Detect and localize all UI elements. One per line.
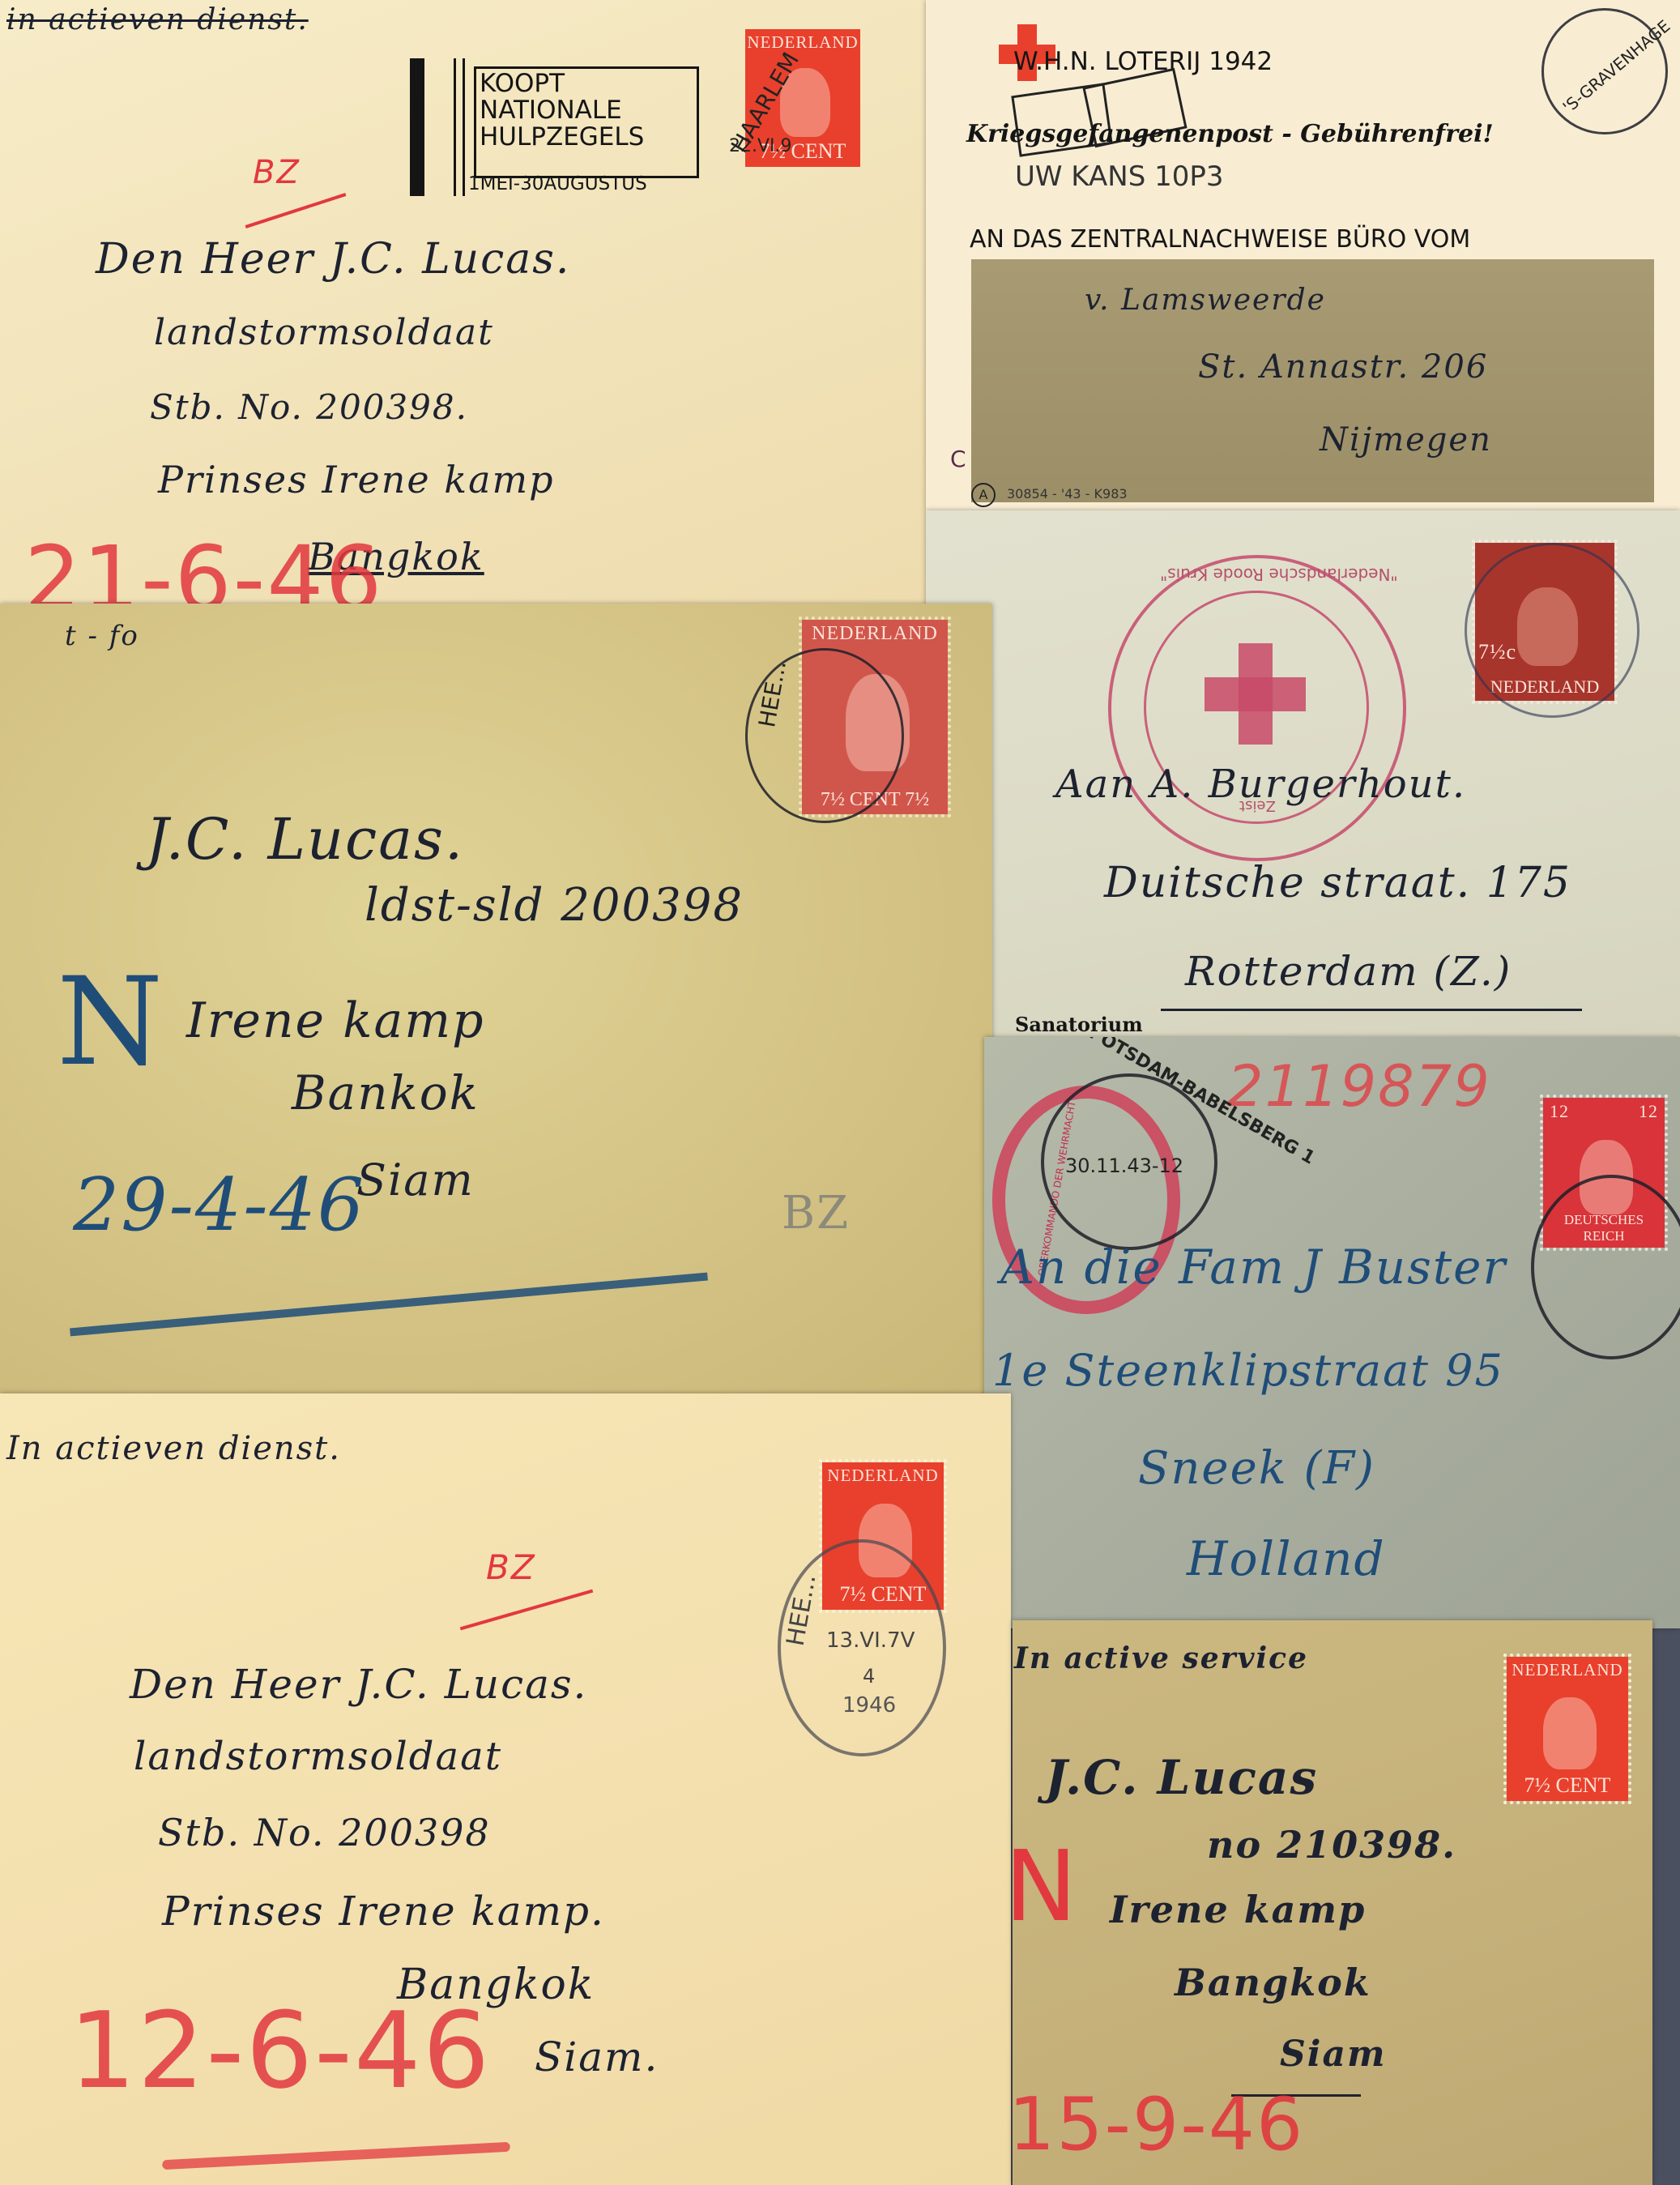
address-line-3: Irene kamp bbox=[186, 992, 485, 1049]
address-line-4: Bankok bbox=[292, 1065, 480, 1120]
red-n-mark: N bbox=[1013, 1831, 1079, 1944]
postmark-date: 13.VI.7V bbox=[826, 1628, 915, 1653]
cancel-pole bbox=[454, 58, 465, 196]
address-line-1: v. Lamsweerde bbox=[1085, 284, 1326, 317]
slogan-cancel-dates: 1MEI-30AUGUSTUS bbox=[468, 173, 647, 194]
address-underline bbox=[1161, 1009, 1582, 1011]
postmark-year: 1946 bbox=[842, 1693, 896, 1718]
stamp-value-right: 12 bbox=[1639, 1101, 1658, 1122]
address-line-2: no 210398. bbox=[1207, 1823, 1456, 1867]
pencil-bz: BZ bbox=[782, 1187, 850, 1240]
queen-portrait-icon bbox=[1543, 1697, 1597, 1769]
address-line-3: Stb. No. 200398. bbox=[150, 387, 468, 427]
censor-number: 2119879 bbox=[1227, 1053, 1491, 1120]
address-line-1: An die Fam J Buster bbox=[1000, 1240, 1507, 1295]
date-underline bbox=[162, 2142, 510, 2170]
bz-underline bbox=[245, 193, 347, 228]
address-line-1: Aan A. Burgerhout. bbox=[1055, 762, 1466, 807]
envelope-bottom-left: In actieven dienst. NEDERLAND 7½ CENT HE… bbox=[0, 1393, 1011, 2185]
bz-mark: BZ bbox=[253, 154, 301, 191]
address-line-1: Den Heer J.C. Lucas. bbox=[96, 235, 570, 284]
stamp-nederland: NEDERLAND 7½ CENT bbox=[1507, 1657, 1628, 1801]
address-line-4: Prinses Irene kamp bbox=[158, 458, 555, 501]
address-line-3: Irene kamp bbox=[1110, 1888, 1366, 1931]
address-window: v. Lamsweerde St. Annastr. 206 Nijmegen bbox=[971, 259, 1654, 502]
red-cross-seal: "Nederlandsche Roode Kruis" Zeist bbox=[1108, 555, 1406, 861]
envelope-crumpled-tan: t - fo NEDERLAND 7½ CENT 7½ HEE... J.C. … bbox=[0, 604, 992, 1393]
envelope-bottom-right: In active service NEDERLAND 7½ CENT J.C.… bbox=[1013, 1620, 1652, 2185]
postmark-circle-2 bbox=[1531, 1175, 1680, 1359]
stamp-value-left: 12 bbox=[1550, 1101, 1569, 1122]
address-line-1: J.C. Lucas bbox=[1045, 1750, 1318, 1805]
address-line-1: J.C. Lucas. bbox=[146, 806, 464, 873]
cancel-bar bbox=[410, 58, 424, 196]
envelope-top-left: in actieven dienst. KOOPT NATIONALE HULP… bbox=[0, 0, 926, 604]
pow-heading: Kriegsgefangenenpost - Gebührenfrei! bbox=[966, 120, 1494, 148]
postmark-sub: 4 bbox=[863, 1665, 875, 1688]
address-line-4: Bangkok bbox=[1175, 1961, 1371, 2004]
header-note: In active service bbox=[1014, 1641, 1308, 1675]
address-line-1: Den Heer J.C. Lucas. bbox=[130, 1661, 587, 1708]
address-line-6: Siam. bbox=[535, 2034, 659, 2080]
blue-n-mark: N bbox=[57, 952, 164, 1093]
bz-mark: BZ bbox=[486, 1547, 536, 1587]
blue-underline bbox=[70, 1273, 708, 1337]
address-line-2: ldst-sld 200398 bbox=[365, 879, 744, 932]
sanatorium-label: Sanatorium bbox=[1015, 1013, 1143, 1036]
header-note: in actieven dienst. bbox=[6, 3, 309, 36]
address-line-3: Stb. No. 200398 bbox=[158, 1811, 491, 1854]
address-line-4: Prinses Irene kamp. bbox=[162, 1888, 605, 1935]
address-line-5: Siam bbox=[1280, 2034, 1387, 2075]
envelope-grey-german: 2119879 OBERKOMMANDO DER WEHRMACHT POTSD… bbox=[984, 1037, 1680, 1628]
date-note: 12-6-46 bbox=[69, 1989, 491, 2112]
lottery-cancel: W.H.N. LOTERIJ 1942 bbox=[1013, 47, 1273, 76]
printer-logo-icon: A bbox=[971, 483, 996, 507]
address-line-3: Nijmegen bbox=[1320, 421, 1492, 459]
postmark-date: 22.VI.9 bbox=[729, 136, 792, 156]
partial-letter: C bbox=[950, 446, 966, 472]
red-cross-icon bbox=[1205, 643, 1306, 745]
printer-code: 30854 - '43 - K983 bbox=[1007, 486, 1128, 501]
address-line-2: landstormsoldaat bbox=[154, 312, 494, 353]
postmark-circle bbox=[1465, 543, 1639, 718]
address-line-3: Sneek (F) bbox=[1138, 1442, 1375, 1495]
top-scrawl: t - fo bbox=[65, 620, 139, 652]
address-line-2: Duitsche straat. 175 bbox=[1104, 859, 1571, 907]
address-line-2: St. Annastr. 206 bbox=[1198, 348, 1488, 386]
address-line-2: landstormsoldaat bbox=[134, 1734, 502, 1779]
address-line-5: Siam bbox=[356, 1154, 475, 1206]
lottery-slogan: UW KANS 10P3 bbox=[1015, 160, 1224, 193]
date-note: 21-6-46 bbox=[24, 527, 383, 604]
blue-date: 29-4-46 bbox=[73, 1163, 365, 1248]
slogan-cancel-box: KOOPT NATIONALE HULPZEGELS bbox=[474, 66, 699, 178]
envelope-red-cross: "Nederlandsche Roode Kruis" Zeist NEDERL… bbox=[926, 510, 1680, 1037]
address-line-2: 1e Steenklipstraat 95 bbox=[992, 1345, 1504, 1396]
address-line-4: Holland bbox=[1187, 1531, 1386, 1586]
header-note: In actieven dienst. bbox=[6, 1430, 341, 1467]
pow-card: W.H.N. LOTERIJ 1942 'S-GRAVENHAGE Kriegs… bbox=[926, 0, 1680, 510]
address-line-3: Rotterdam (Z.) bbox=[1185, 948, 1512, 995]
postmark-date: 30.11.43-12 bbox=[1065, 1154, 1183, 1177]
bureau-line: AN DAS ZENTRALNACHWEISE BÜRO VOM bbox=[970, 225, 1470, 254]
date-note: 15-9-46 bbox=[1013, 2082, 1304, 2167]
bz-underline bbox=[460, 1590, 594, 1631]
